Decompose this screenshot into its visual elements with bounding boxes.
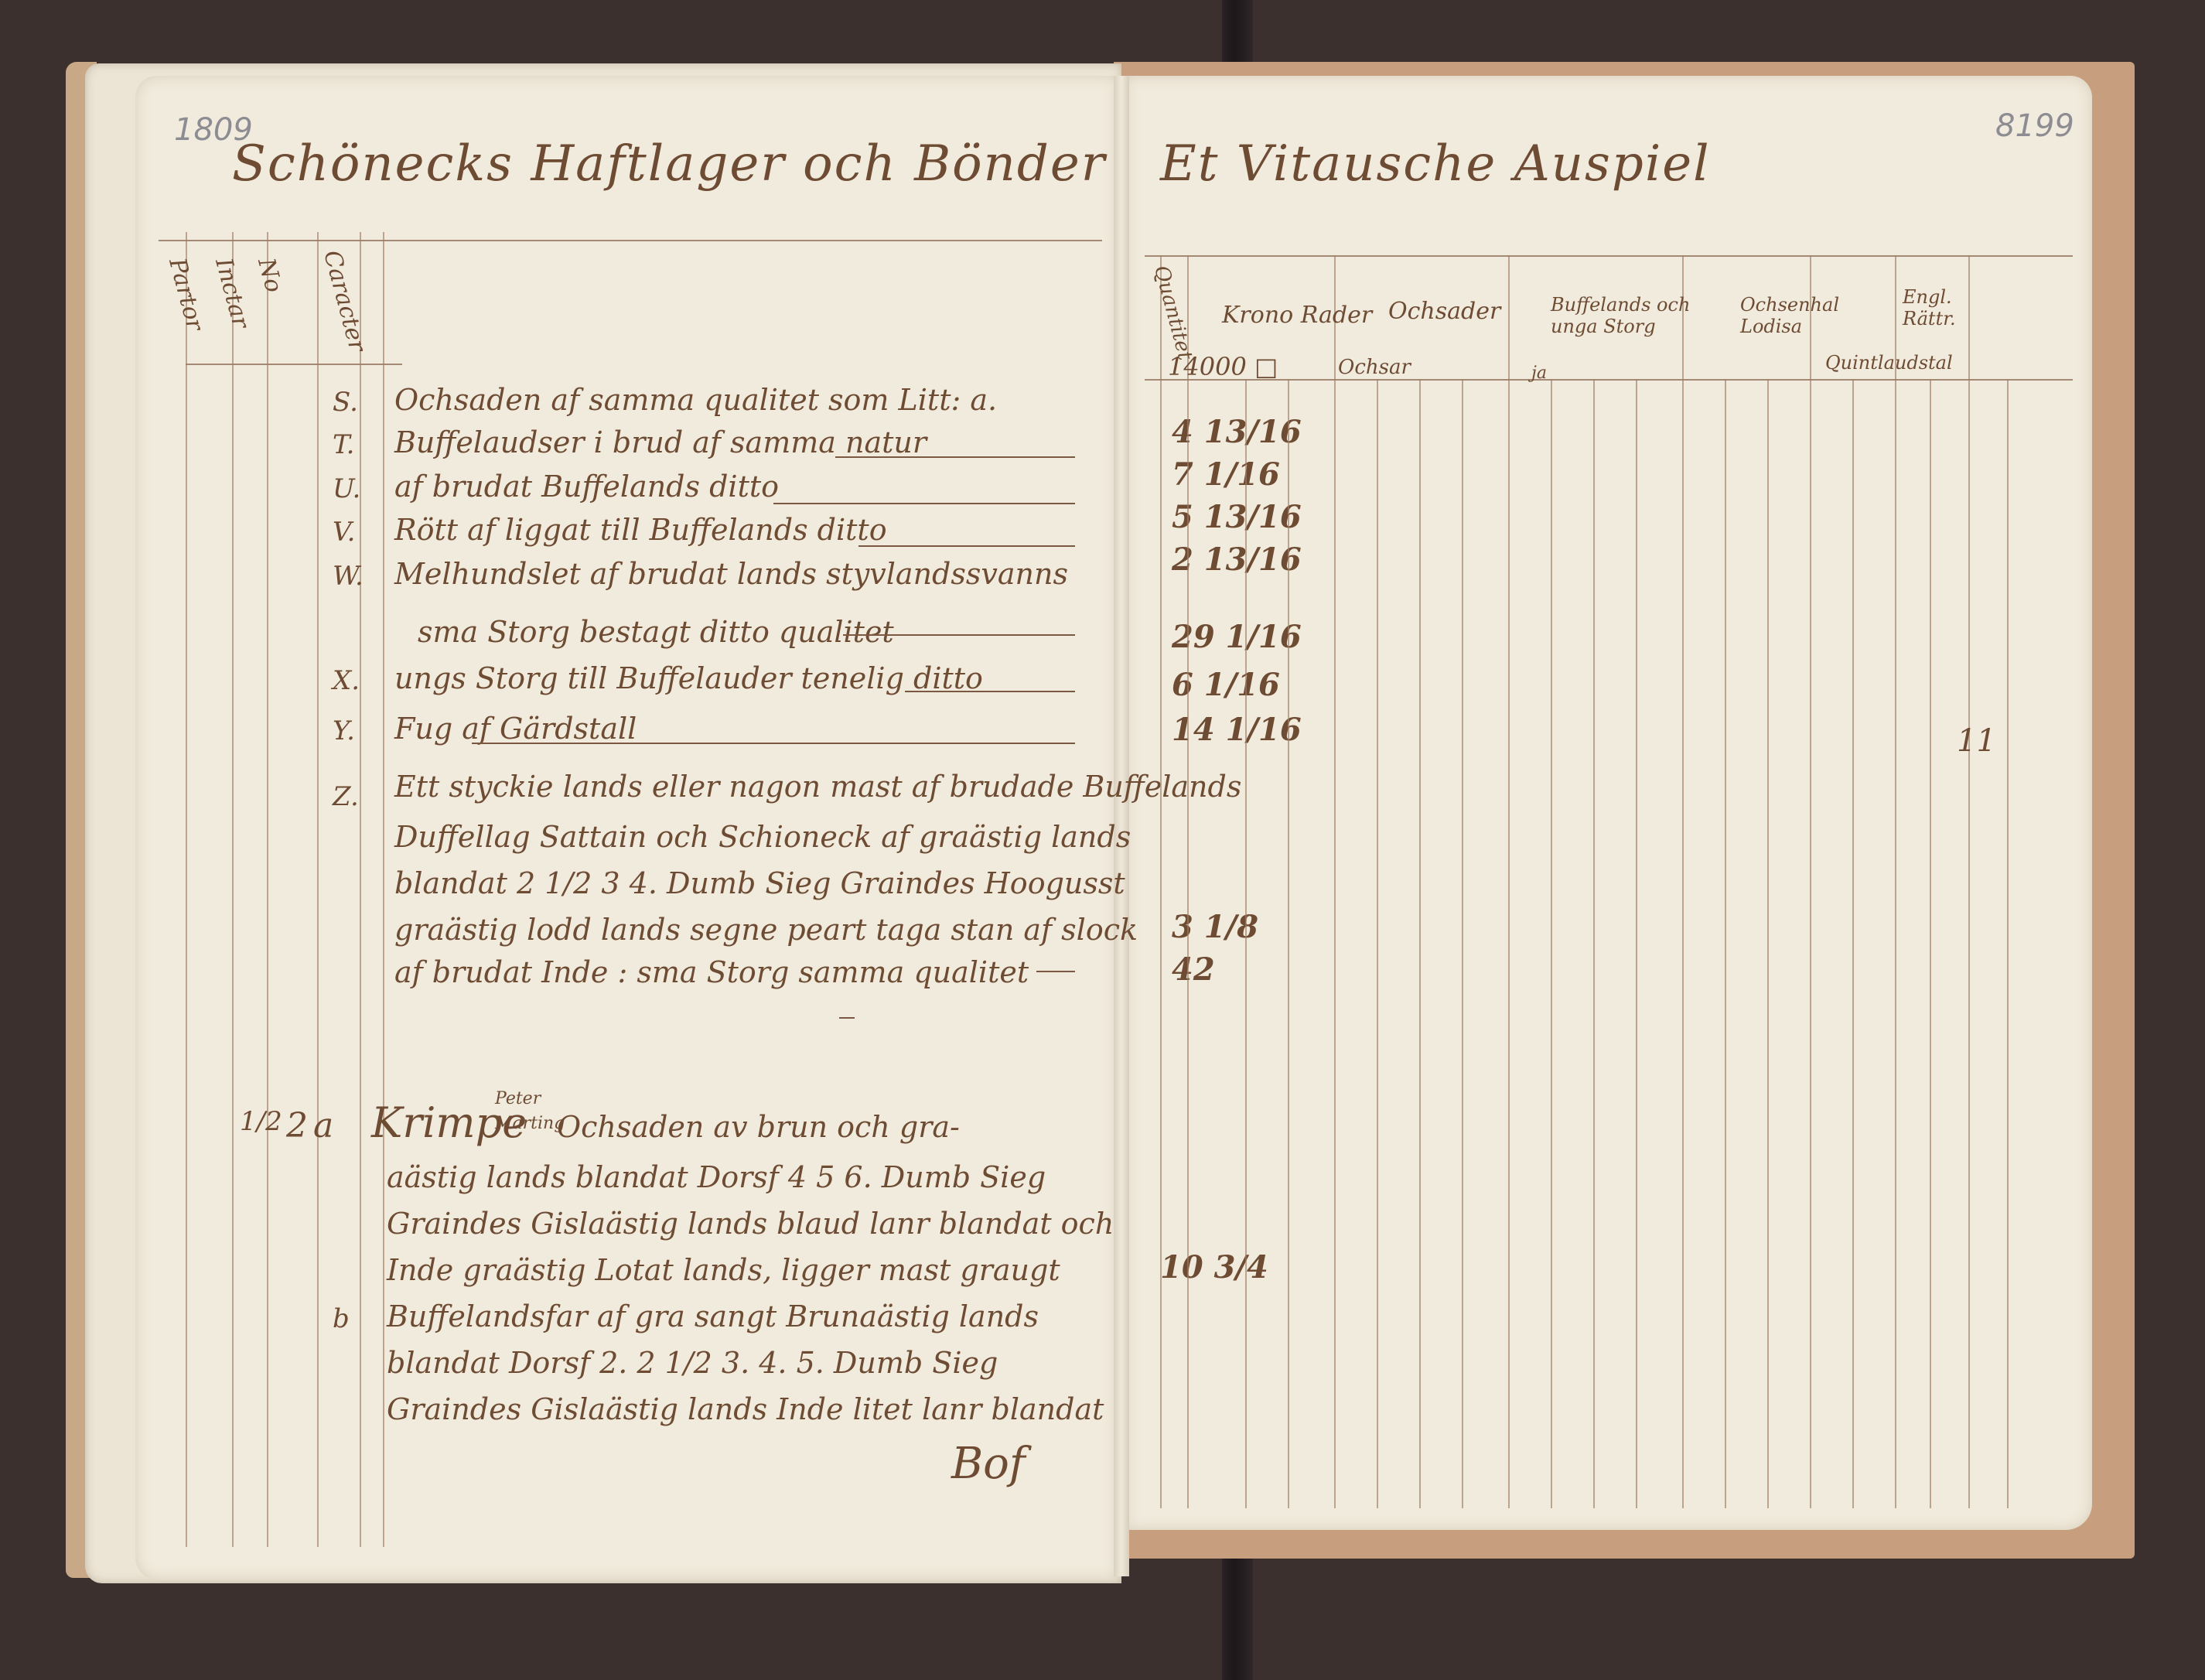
- section-letter: a: [313, 1106, 333, 1146]
- entry-amount: 2 13/16: [1172, 541, 1302, 578]
- column-rule: [186, 232, 187, 1547]
- section-line: Buffelandsfar af gra sangt Brunaästig la…: [387, 1299, 1039, 1333]
- section-number: 2: [286, 1106, 308, 1146]
- section-line: Graindes Gislaästig lands Inde litet lan…: [387, 1392, 1104, 1426]
- header-rule-bottom: [186, 364, 402, 365]
- entry-leader: [1036, 971, 1075, 972]
- column-header: Buffelands och unga Storg: [1551, 294, 1698, 337]
- entry-leader: [472, 743, 1075, 744]
- entry-amount: 42: [1172, 951, 1215, 988]
- header-rule-top: [1145, 255, 2073, 257]
- column-rule: [383, 232, 384, 1547]
- entry-amount: 5 13/16: [1172, 499, 1302, 535]
- entry-text: Buffelaudser i brud af samma natur: [394, 425, 927, 459]
- entry-text: Ett styckie lands eller nagon mast af br…: [394, 770, 1241, 804]
- column-header: Engl. Rättr.: [1903, 286, 1972, 330]
- header-value: Quintlaudstal: [1825, 352, 1953, 374]
- section-divider: [839, 1017, 855, 1019]
- entry-leader: [843, 634, 1075, 636]
- entry-mark: V.: [333, 517, 355, 548]
- entry-text: sma Storg bestagt ditto qualitet: [418, 615, 894, 649]
- entry-amount: 29 1/16: [1172, 619, 1302, 655]
- entry-text: Ochsaden af samma qualitet som Litt: a.: [394, 383, 997, 417]
- line-mark: b: [333, 1303, 350, 1334]
- fraction-mark: 1/2: [240, 1106, 282, 1137]
- section-line: blandat Dorsf 2. 2 1/2 3. 4. 5. Dumb Sie…: [387, 1346, 998, 1380]
- entry-text: graästig lodd lands segne peart taga sta…: [394, 913, 1138, 947]
- bracket-name: Marting: [495, 1114, 565, 1133]
- entry-mark: Z.: [333, 781, 359, 812]
- entry-text: Duffellag Sattain och Schioneck af graäs…: [394, 820, 1131, 854]
- quantity-value: 14000 □: [1168, 352, 1278, 381]
- page-title-right: Et Vitausche Auspiel: [1160, 135, 1711, 193]
- page-title-left: Schönecks Haftlager och Bönder: [232, 135, 1106, 193]
- entry-text: ungs Storg till Buffelauder tenelig ditt…: [394, 661, 983, 695]
- entry-amount: 4 13/16: [1172, 414, 1302, 450]
- section-line: Graindes Gislaästig lands blaud lanr bla…: [387, 1207, 1114, 1241]
- header-rule-top: [159, 240, 1102, 241]
- entry-text: blandat 2 1/2 3 4. Dumb Sieg Graindes Ho…: [394, 866, 1125, 900]
- annotation-value: 11: [1957, 723, 1996, 759]
- entry-mark: Y.: [333, 715, 355, 746]
- entry-text: Melhundslet af brudat lands styvlandssva…: [394, 557, 1068, 591]
- entry-text: af brudat Inde : sma Storg samma qualite…: [394, 955, 1029, 989]
- section-line: Ochsaden av brun och gra-: [557, 1110, 960, 1144]
- column-rule: [360, 232, 361, 1547]
- entry-mark: S.: [333, 387, 358, 418]
- entry-mark: W.: [333, 561, 364, 592]
- entry-leader: [905, 691, 1075, 692]
- column-rule: [232, 232, 234, 1547]
- column-header: Ochsader: [1388, 298, 1500, 325]
- column-rule: [267, 232, 268, 1547]
- header-value: ja: [1531, 364, 1547, 383]
- entry-leader: [773, 503, 1075, 504]
- column-rule: [317, 232, 319, 1547]
- signature: Bof: [951, 1439, 1026, 1489]
- section-amount: 10 3/4: [1160, 1249, 1268, 1286]
- column-header: Krono Rader: [1222, 302, 1372, 329]
- entry-amount: 14 1/16: [1172, 712, 1302, 748]
- entry-mark: U.: [333, 473, 360, 504]
- entry-mark: X.: [333, 665, 360, 696]
- bracket-name: Peter: [495, 1089, 541, 1108]
- section-line: Inde graästig Lotat lands, ligger mast g…: [387, 1253, 1060, 1287]
- header-value: Ochsar: [1338, 356, 1411, 379]
- entry-text: Rött af liggat till Buffelands ditto: [394, 513, 887, 547]
- entry-text: af brudat Buffelands ditto: [394, 470, 779, 504]
- entry-leader: [858, 545, 1075, 547]
- column-header: Ochsenhal Lodisa: [1740, 294, 1833, 337]
- entry-text: Fug af Gärdstall: [394, 712, 637, 746]
- header-rule-bottom: [1145, 379, 2073, 381]
- entry-leader: [835, 456, 1075, 458]
- pencil-page-number-right: 8199: [1995, 108, 2074, 144]
- entry-mark: T.: [333, 429, 355, 460]
- section-line: aästig lands blandat Dorsf 4 5 6. Dumb S…: [387, 1160, 1046, 1194]
